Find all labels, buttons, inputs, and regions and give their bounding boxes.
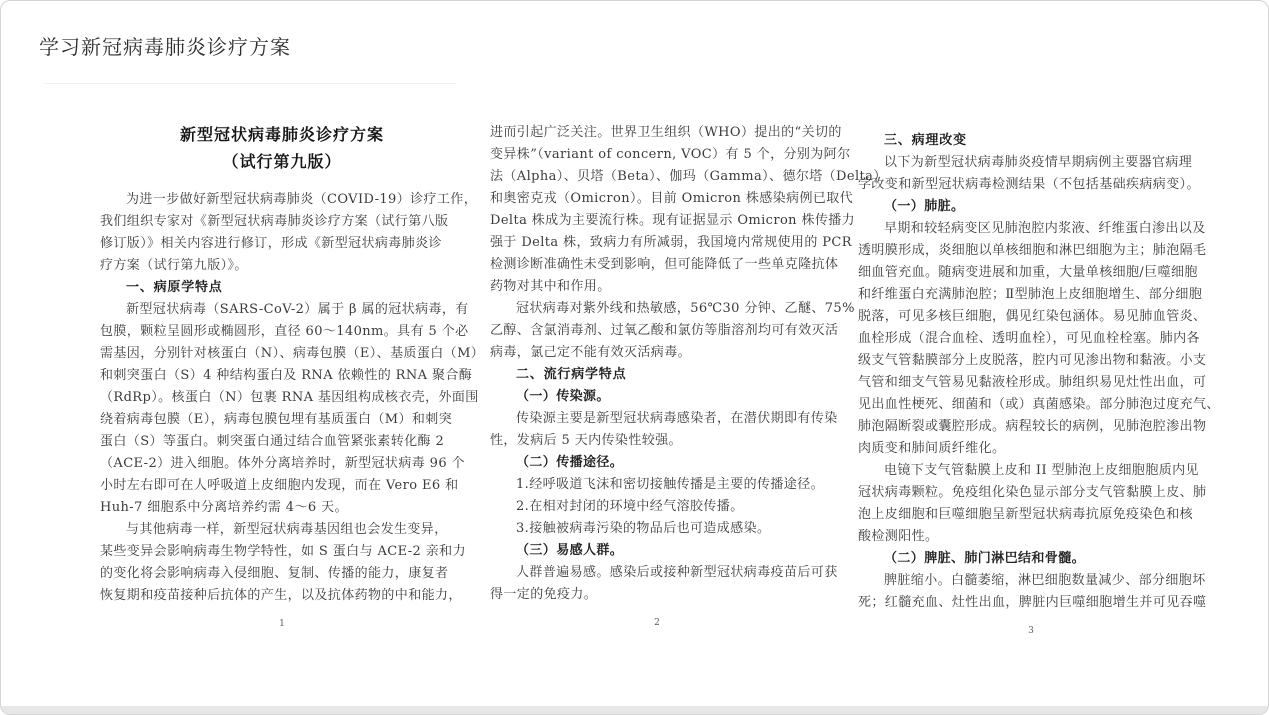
document-page-2: 进而引起广泛关注。世界卫生组织（WHO）提出的“关切的变异株”（variant … xyxy=(490,122,824,628)
doc-line: 病毒，氯己定不能有效灭活病毒。 xyxy=(490,342,824,364)
doc-line: 疗方案（试行第九版）》。 xyxy=(100,255,464,277)
doc-line: 修订版）》相关内容进行修订，形成《新型冠状病毒肺炎诊 xyxy=(100,233,464,255)
doc-line: 某些变异会影响病毒生物学特性，如 S 蛋白与 ACE-2 亲和力 xyxy=(100,541,464,563)
doc-line: 得一定的免疫力。 xyxy=(490,584,824,606)
doc-line: 的变化将会影响病毒入侵细胞、复制、传播的能力，康复者 xyxy=(100,563,464,585)
doc-line: 肉质变和肺间质纤维化。 xyxy=(858,438,1204,460)
doc-line: 恢复期和疫苗接种后抗体的产生，以及抗体药物的中和能力， xyxy=(100,585,464,607)
doc-line: 冠状病毒对紫外线和热敏感，56℃30 分钟、乙醚、75% xyxy=(490,298,824,320)
doc-line: 法（Alpha）、贝塔（Beta）、伽玛（Gamma）、德尔塔（Delta） xyxy=(490,166,824,188)
doc-line: （二）脾脏、肺门淋巴结和骨髓。 xyxy=(858,548,1204,570)
doc-line: 透明膜形成，炎细胞以单核细胞和淋巴细胞为主；肺泡隔毛 xyxy=(858,240,1204,262)
doc-line: （一）传染源。 xyxy=(490,386,824,408)
doc-line: 脾脏缩小。白髓萎缩，淋巴细胞数量减少、部分细胞坏 xyxy=(858,570,1204,592)
doc-line: 细血管充血。随病变进展和加重，大量单核细胞/巨噬细胞 xyxy=(858,262,1204,284)
doc-title-line: 新型冠状病毒肺炎诊疗方案 xyxy=(100,121,464,148)
doc-line: 变异株”（variant of concern, VOC）有 5 个，分别为阿尔 xyxy=(490,144,824,166)
doc-line: 三、病理改变 xyxy=(858,130,1204,152)
doc-line: 2.在相对封闭的环境中经气溶胶传播。 xyxy=(490,496,824,518)
doc-line: 电镜下支气管黏膜上皮和 II 型肺泡上皮细胞胞质内见 xyxy=(858,460,1204,482)
doc-line: 以下为新型冠状病毒肺炎疫情早期病例主要器官病理 xyxy=(858,152,1204,174)
doc-line: （二）传播途径。 xyxy=(490,452,824,474)
doc-line: 检测诊断准确性未受到影响，但可能降低了一些单克隆抗体 xyxy=(490,254,824,276)
doc-line: Delta 株成为主要流行株。现有证据显示 Omicron 株传播力 xyxy=(490,210,824,232)
doc-line: （ACE-2）进入细胞。体外分离培养时，新型冠状病毒 96 个 xyxy=(100,453,464,475)
doc-line: 一、病原学特点 xyxy=(100,277,464,299)
doc-line: 和刺突蛋白（S）4 种结构蛋白及 RNA 依赖性的 RNA 聚合酶 xyxy=(100,365,464,387)
doc-line: 脱落，可见多核巨细胞，偶见红染包涵体。易见肺血管炎、 xyxy=(858,306,1204,328)
doc-line: 进而引起广泛关注。世界卫生组织（WHO）提出的“关切的 xyxy=(490,122,824,144)
doc-line: 强于 Delta 株，致病力有所减弱，我国境内常规使用的 PCR xyxy=(490,232,824,254)
doc-line: 级支气管黏膜部分上皮脱落，腔内可见渗出物和黏液。小支 xyxy=(858,350,1204,372)
doc-line: 冠状病毒颗粒。免疫组化染色显示部分支气管黏膜上皮、肺 xyxy=(858,482,1204,504)
doc-line: 与其他病毒一样，新型冠状病毒基因组也会发生变异， xyxy=(100,519,464,541)
page-title: 学习新冠病毒肺炎诊疗方案 xyxy=(39,31,291,60)
doc-line: 气管和细支气管易见黏液栓形成。肺组织易见灶性出血，可 xyxy=(858,372,1204,394)
doc-line: 死；红髓充血、灶性出血，脾脏内巨噬细胞增生并可见吞噬 xyxy=(858,592,1204,614)
doc-line: 我们组织专家对《新型冠状病毒肺炎诊疗方案（试行第八版 xyxy=(100,211,464,233)
doc-line: 药物对其中和作用。 xyxy=(490,276,824,298)
document-page-1: 新型冠状病毒肺炎诊疗方案（试行第九版） 为进一步做好新型冠状病毒肺炎（COVID… xyxy=(100,121,464,629)
doc-line: （一）肺脏。 xyxy=(858,196,1204,218)
horizontal-scrollbar-track[interactable] xyxy=(1,706,1268,714)
doc-line: 早期和较轻病变区见肺泡腔内浆液、纤维蛋白渗出以及 xyxy=(858,218,1204,240)
doc-line: Huh-7 细胞系中分离培养约需 4～6 天。 xyxy=(100,497,464,519)
doc-line: 乙醇、含氯消毒剂、过氧乙酸和氯仿等脂溶剂均可有效灭活 xyxy=(490,320,824,342)
doc-line: 为进一步做好新型冠状病毒肺炎（COVID-19）诊疗工作， xyxy=(100,189,464,211)
doc-line: 泡上皮细胞和巨噬细胞呈新型冠状病毒抗原免疫染色和核 xyxy=(858,504,1204,526)
document-viewer-window: 学习新冠病毒肺炎诊疗方案 新型冠状病毒肺炎诊疗方案（试行第九版） 为进一步做好新… xyxy=(0,0,1269,715)
doc-line: 见出血性梗死、细菌和（或）真菌感染。部分肺泡过度充气、 xyxy=(858,394,1204,416)
doc-line: 需基因，分别针对核蛋白（N）、病毒包膜（E）、基质蛋白（M） xyxy=(100,343,464,365)
doc-line: 肺泡隔断裂或囊腔形成。病程较长的病例，见肺泡腔渗出物 xyxy=(858,416,1204,438)
doc-title-line: （试行第九版） xyxy=(100,148,464,175)
doc-line: 蛋白（S）等蛋白。刺突蛋白通过结合血管紧张素转化酶 2 xyxy=(100,431,464,453)
doc-line: 包膜，颗粒呈圆形或椭圆形，直径 60～140nm。具有 5 个必 xyxy=(100,321,464,343)
doc-line: 和纤维蛋白充满肺泡腔；Ⅱ型肺泡上皮细胞增生、部分细胞 xyxy=(858,284,1204,306)
doc-lines: 为进一步做好新型冠状病毒肺炎（COVID-19）诊疗工作，我们组织专家对《新型冠… xyxy=(100,189,464,607)
doc-line: 学改变和新型冠状病毒检测结果（不包括基础疾病病变）。 xyxy=(858,174,1204,196)
document-page-3: 三、病理改变以下为新型冠状病毒肺炎疫情早期病例主要器官病理学改变和新型冠状病毒检… xyxy=(858,130,1204,636)
doc-title-block: 新型冠状病毒肺炎诊疗方案（试行第九版） xyxy=(100,121,464,175)
doc-line: （RdRp）。核蛋白（N）包裹 RNA 基因组构成核衣壳，外面围 xyxy=(100,387,464,409)
doc-line: 酸检测阳性。 xyxy=(858,526,1204,548)
doc-line: 新型冠状病毒（SARS-CoV-2）属于 β 属的冠状病毒，有 xyxy=(100,299,464,321)
doc-line: 二、流行病学特点 xyxy=(490,364,824,386)
doc-line: 血栓形成（混合血栓、透明血栓），可见血栓栓塞。肺内各 xyxy=(858,328,1204,350)
doc-line: 性，发病后 5 天内传染性较强。 xyxy=(490,430,824,452)
doc-line: 传染源主要是新型冠状病毒感染者，在潜伏期即有传染 xyxy=(490,408,824,430)
doc-line: 绕着病毒包膜（E），病毒包膜包埋有基质蛋白（M）和刺突 xyxy=(100,409,464,431)
page-number: 1 xyxy=(100,619,464,629)
doc-line: 和奥密克戎（Omicron）。目前 Omicron 株感染病例已取代 xyxy=(490,188,824,210)
doc-line: 3.接触被病毒污染的物品后也可造成感染。 xyxy=(490,518,824,540)
doc-line: 小时左右即可在人呼吸道上皮细胞内发现，而在 Vero E6 和 xyxy=(100,475,464,497)
page-number: 3 xyxy=(858,626,1204,636)
doc-lines: 进而引起广泛关注。世界卫生组织（WHO）提出的“关切的变异株”（variant … xyxy=(490,122,824,606)
page-number: 2 xyxy=(490,618,824,628)
header-divider xyxy=(44,83,456,84)
doc-line: 1.经呼吸道飞沫和密切接触传播是主要的传播途径。 xyxy=(490,474,824,496)
doc-line: 人群普遍易感。感染后或接种新型冠状病毒疫苗后可获 xyxy=(490,562,824,584)
doc-line: （三）易感人群。 xyxy=(490,540,824,562)
doc-lines: 三、病理改变以下为新型冠状病毒肺炎疫情早期病例主要器官病理学改变和新型冠状病毒检… xyxy=(858,130,1204,614)
